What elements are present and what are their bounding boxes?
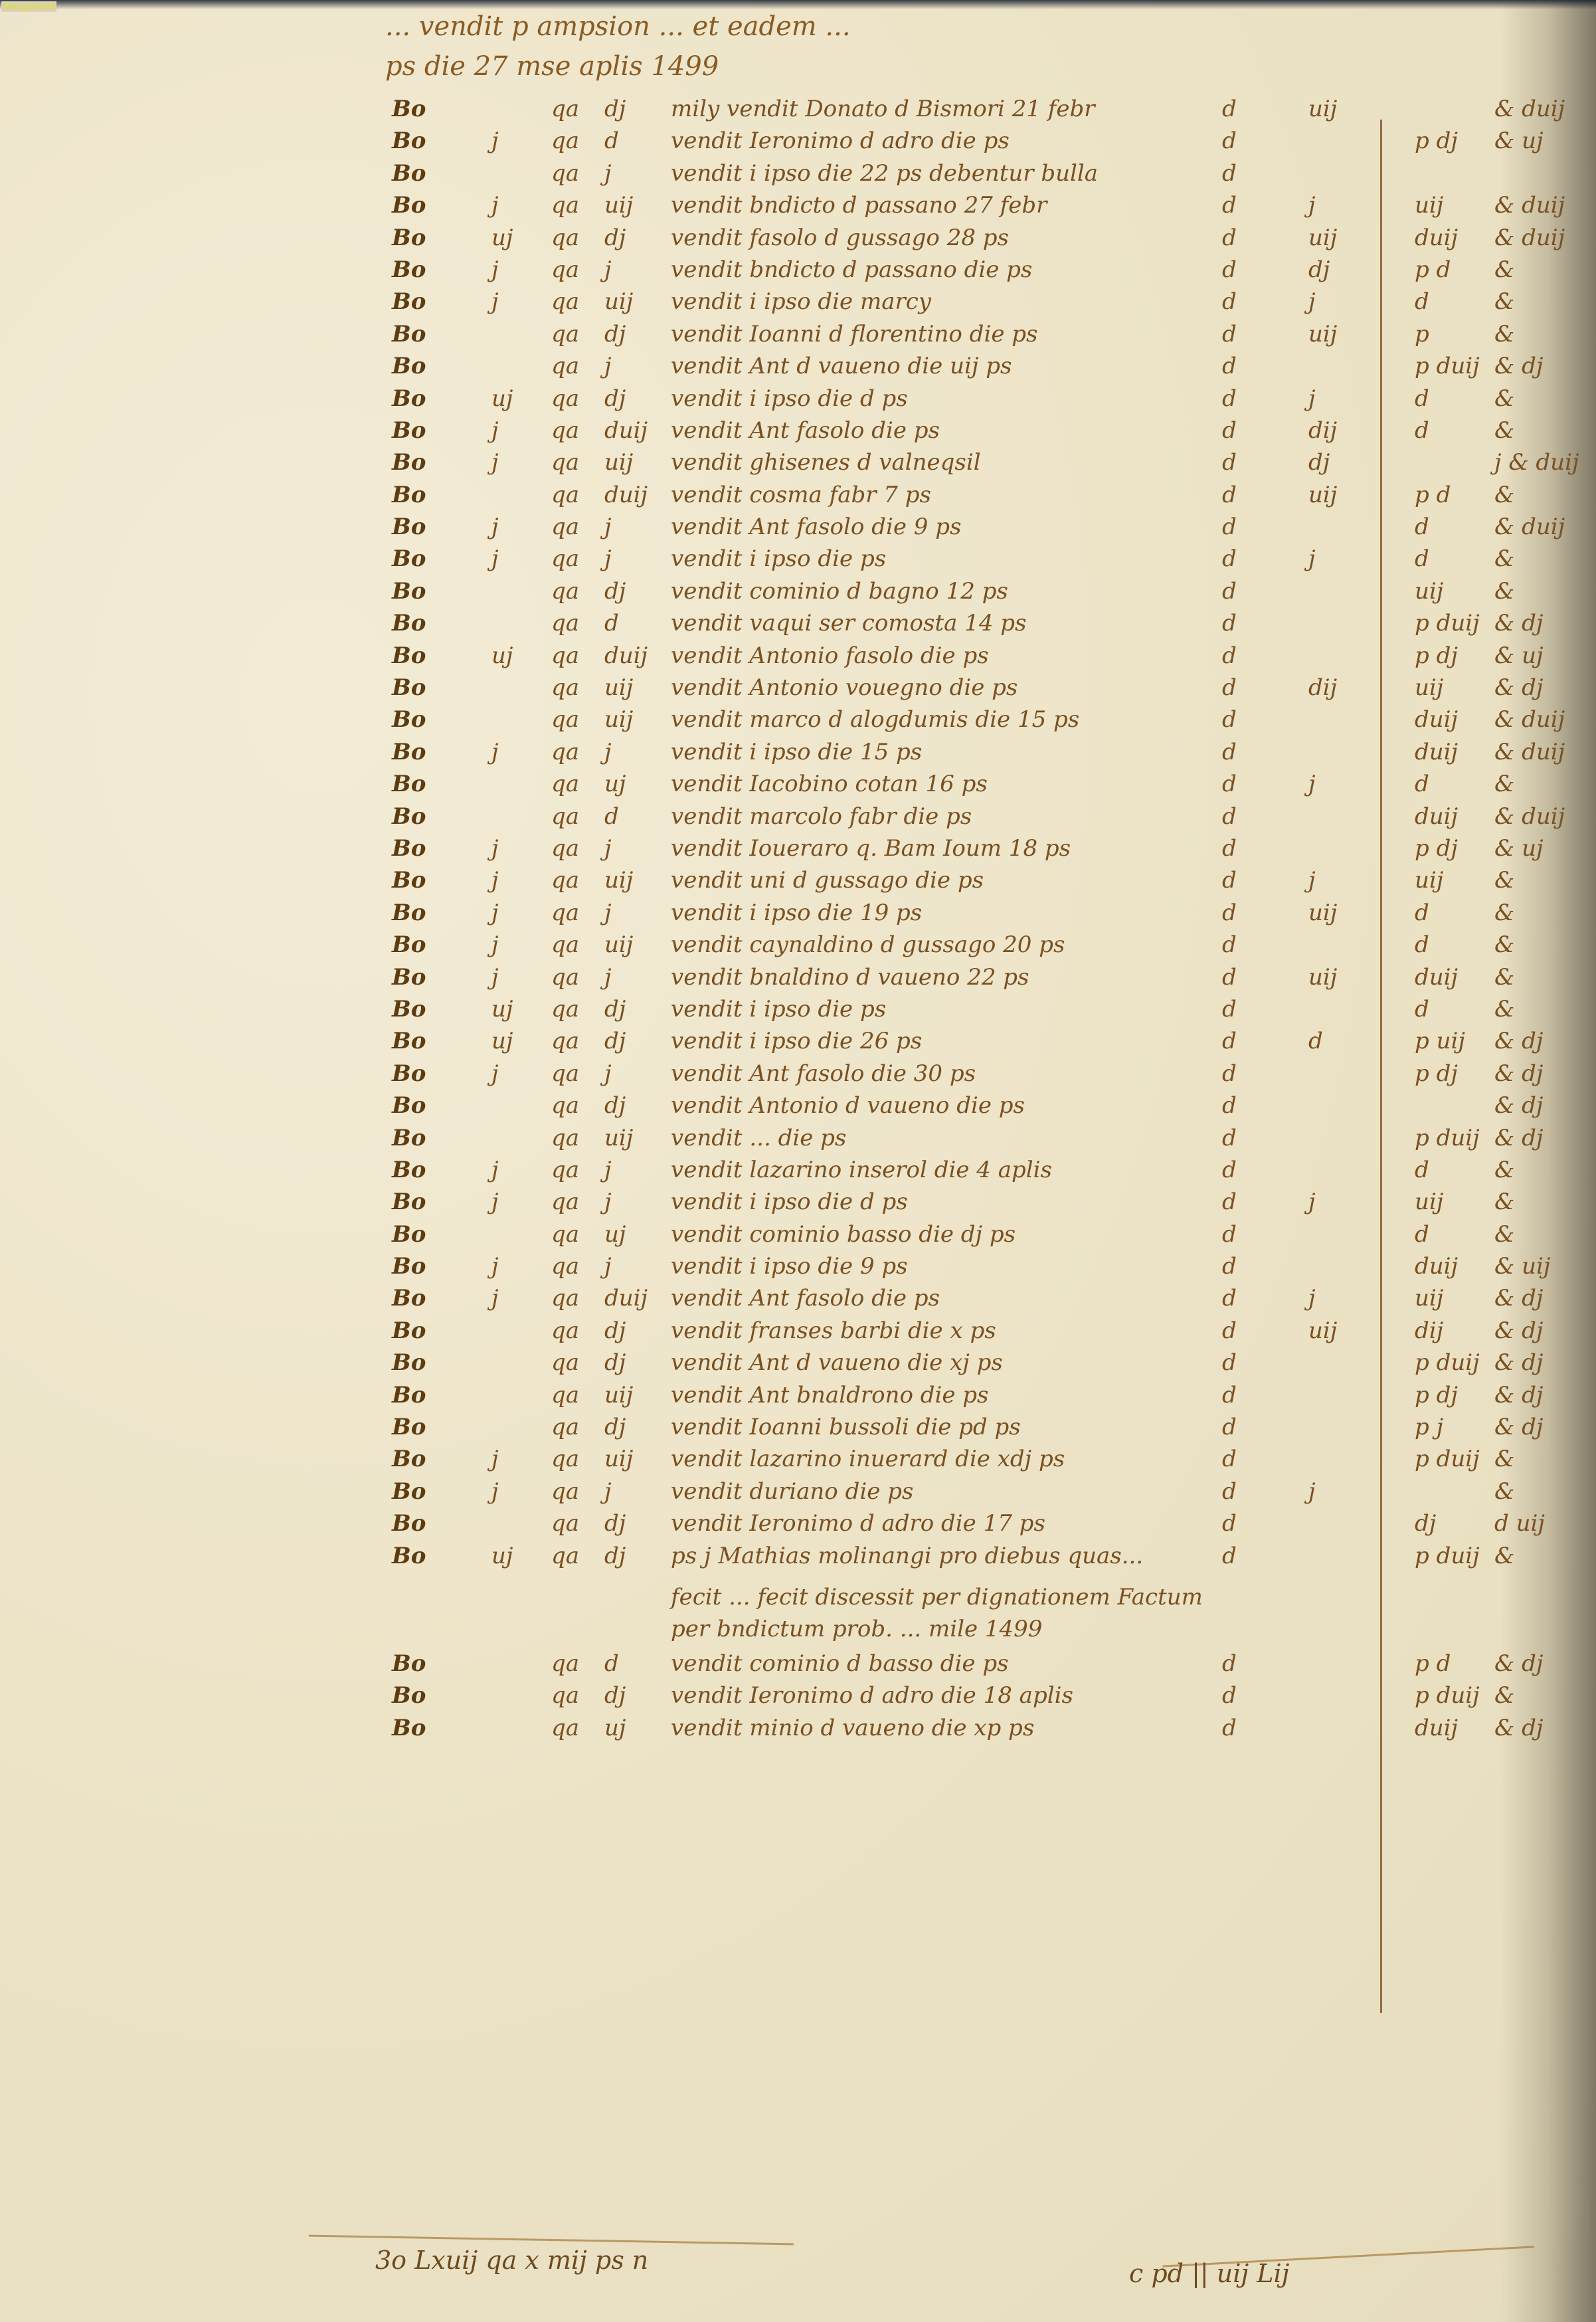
qua-abbrev: qa: [551, 835, 579, 862]
amount-col-3: &: [1494, 1682, 1514, 1709]
entry-description: vendit i ipso die 22 ps debentur bulla: [671, 160, 1596, 187]
amount-col-1: j: [1308, 1478, 1316, 1505]
row-mark: Bo: [392, 1349, 426, 1376]
count-qua: j: [604, 256, 612, 283]
ledger-row: Bojqaduijvendit Ant fasolo die psddijd&: [392, 415, 1587, 446]
amount-col-3: j & duij: [1494, 449, 1579, 476]
count-qua: uij: [604, 867, 633, 894]
count-qua: d: [604, 803, 619, 830]
check-mark: d: [1222, 1125, 1237, 1151]
count-left: j: [491, 417, 499, 444]
qua-abbrev: qa: [551, 771, 579, 797]
unregistered-watermark: Unregistered: [1, 1, 56, 12]
amount-col-2: p duij: [1415, 1543, 1480, 1569]
entry-description: vendit Antonio vouegno die ps: [671, 674, 1596, 701]
ledger-row: Boujqaduijvendit Antonio fasolo die psdp…: [392, 640, 1587, 672]
count-qua: dj: [604, 578, 626, 605]
row-mark: Bo: [392, 482, 426, 508]
row-mark: Bo: [392, 867, 426, 894]
count-qua: j: [604, 739, 612, 765]
amount-col-2: p d: [1415, 482, 1451, 508]
amount-col-3: & duij: [1494, 803, 1565, 830]
count-left: uj: [491, 996, 513, 1022]
ledger-row: Bojqauijvendit uni d gussago die psdjuij…: [392, 864, 1587, 896]
qua-abbrev: qa: [551, 1682, 579, 1709]
amount-col-3: &: [1494, 964, 1514, 991]
row-mark: Bo: [392, 803, 426, 830]
row-mark: Bo: [392, 900, 426, 926]
ledger-row: Boqaujvendit cominio basso die dj psdd&: [392, 1218, 1587, 1250]
amount-col-2: duij: [1415, 1253, 1458, 1280]
count-qua: uij: [604, 931, 633, 958]
amount-col-2: d: [1415, 996, 1429, 1022]
check-mark: d: [1222, 1028, 1237, 1054]
count-qua: uij: [604, 1446, 633, 1472]
entry-description: vendit lazarino inserol die 4 aplis: [671, 1157, 1596, 1183]
count-qua: d: [604, 1650, 619, 1677]
row-mark: Bo: [392, 353, 426, 379]
amount-col-2: p duij: [1415, 1125, 1480, 1151]
count-qua: dj: [604, 1349, 626, 1376]
check-mark: d: [1222, 1221, 1237, 1248]
count-left: j: [491, 900, 499, 926]
row-mark: Bo: [392, 256, 426, 283]
count-qua: j: [604, 835, 612, 862]
row-mark: Bo: [392, 931, 426, 958]
ledger-row: Bojqajvendit Ant fasolo die 30 psdp dj& …: [392, 1058, 1587, 1090]
footer-total-left: 3o Lxuij qa x mij ps n: [375, 2246, 648, 2275]
ledger-row: Boqauijvendit Antonio vouegno die psddij…: [392, 672, 1587, 704]
entry-description: vendit caynaldino d gussago 20 ps: [671, 931, 1596, 958]
row-mark: Bo: [392, 739, 426, 765]
amount-col-2: d: [1415, 1157, 1429, 1183]
check-mark: d: [1222, 128, 1237, 154]
count-left: uj: [491, 1028, 513, 1054]
amount-col-3: &: [1494, 1478, 1514, 1505]
count-qua: j: [604, 160, 612, 187]
check-mark: d: [1222, 385, 1237, 412]
count-left: j: [491, 964, 499, 991]
amount-col-3: &: [1494, 256, 1514, 283]
amount-col-3: &: [1494, 771, 1514, 797]
amount-col-2: p d: [1415, 256, 1451, 283]
row-mark: Bo: [392, 96, 426, 122]
qua-abbrev: qa: [551, 1446, 579, 1472]
qua-abbrev: qa: [551, 1092, 579, 1119]
qua-abbrev: qa: [551, 1125, 579, 1151]
amount-col-3: & uj: [1494, 642, 1544, 669]
footer-total-right: c pd || uij Lij: [1129, 2259, 1289, 2288]
amount-col-3: & dj: [1494, 1028, 1543, 1054]
ledger-row: Boqadjvendit Ieronimo d adro die 18 apli…: [392, 1680, 1587, 1711]
amount-col-3: d uij: [1494, 1510, 1545, 1537]
check-mark: d: [1222, 578, 1237, 605]
ledger-row: Bojqajvendit lazarino inserol die 4 apli…: [392, 1154, 1587, 1186]
count-qua: j: [604, 1478, 612, 1505]
row-mark: Bo: [392, 225, 426, 251]
ledger-row: Bojqajvendit i ipso die psdjd&: [392, 543, 1587, 575]
amount-col-3: & duij: [1494, 514, 1565, 540]
qua-abbrev: qa: [551, 1189, 579, 1215]
entry-description: vendit i ipso die ps: [671, 545, 1596, 572]
ledger-row: Boqadjvendit franses barbi die x psduijd…: [392, 1315, 1587, 1347]
qua-abbrev: qa: [551, 514, 579, 540]
entry-description: vendit Ant fasolo die ps: [671, 417, 1596, 444]
ledger-row: Bojqajvendit bndicto d passano die psddj…: [392, 254, 1587, 286]
entry-description: vendit franses barbi die x ps: [671, 1317, 1596, 1344]
count-qua: dj: [604, 1543, 626, 1569]
count-left: j: [491, 128, 499, 154]
count-left: uj: [491, 225, 513, 251]
amount-col-2: uij: [1415, 1189, 1443, 1215]
row-mark: Bo: [392, 1478, 426, 1505]
ledger-row: Bojqajvendit i ipso die 19 psduijd&: [392, 897, 1587, 929]
amount-col-3: & duij: [1494, 225, 1565, 251]
check-mark: d: [1222, 1510, 1237, 1537]
check-mark: d: [1222, 931, 1237, 958]
amount-col-3: & uj: [1494, 835, 1544, 862]
count-left: j: [491, 1157, 499, 1183]
check-mark: d: [1222, 1715, 1237, 1741]
row-mark: Bo: [392, 288, 426, 315]
qua-abbrev: qa: [551, 642, 579, 669]
count-left: j: [491, 514, 499, 540]
amount-col-2: p duij: [1415, 1349, 1480, 1376]
amount-col-2: d: [1415, 417, 1429, 444]
ledger-row: Bojqajvendit duriano die psdj&: [392, 1476, 1587, 1507]
row-mark: Bo: [392, 1414, 426, 1440]
row-mark: Bo: [392, 545, 426, 572]
check-mark: d: [1222, 642, 1237, 669]
ledger-row: Boqaujvendit minio d vaueno die xp psddu…: [392, 1712, 1587, 1744]
check-mark: d: [1222, 1650, 1237, 1677]
row-mark: Bo: [392, 578, 426, 605]
amount-col-3: &: [1494, 578, 1514, 605]
qua-abbrev: qa: [551, 321, 579, 347]
amount-col-3: & duij: [1494, 192, 1565, 219]
amount-col-2: uij: [1415, 674, 1443, 701]
check-mark: d: [1222, 1060, 1237, 1087]
count-qua: j: [604, 1157, 612, 1183]
qua-abbrev: qa: [551, 1414, 579, 1440]
ledger-row: Boqaduijvendit cosma fabr 7 psduijp d&: [392, 479, 1587, 511]
amount-col-1: dij: [1308, 417, 1337, 444]
row-mark: Bo: [392, 417, 426, 444]
row-mark: Bo: [392, 771, 426, 797]
row-mark: Bo: [392, 1510, 426, 1537]
amount-col-2: p dj: [1415, 1382, 1458, 1408]
row-mark: Bo: [392, 996, 426, 1022]
amount-col-1: uij: [1308, 321, 1337, 347]
row-mark: Bo: [392, 1317, 426, 1344]
amount-col-2: p: [1415, 321, 1429, 347]
count-left: j: [491, 867, 499, 894]
amount-col-2: p duij: [1415, 1682, 1480, 1709]
amount-col-1: j: [1308, 1189, 1316, 1215]
entry-description: vendit Ant fasolo die 9 ps: [671, 514, 1596, 540]
page-header: ... vendit p ampsion ... et eadem ... ps…: [385, 7, 1514, 86]
footer-rule-left: [309, 2235, 794, 2246]
ledger-row: Boqadjvendit Ant d vaueno die xj psdp du…: [392, 1347, 1587, 1379]
qua-abbrev: qa: [551, 578, 579, 605]
amount-col-1: uij: [1308, 964, 1337, 991]
count-left: j: [491, 1060, 499, 1087]
check-mark: d: [1222, 771, 1237, 797]
row-mark: Bo: [392, 674, 426, 701]
check-mark: d: [1222, 449, 1237, 476]
amount-col-3: & dj: [1494, 610, 1543, 636]
ledger-row: Boqadvendit marcolo fabr die psdduij& du…: [392, 801, 1587, 832]
entry-description: vendit Iacobino cotan 16 ps: [671, 771, 1596, 797]
entry-description: vendit Ioanni bussoli die pd ps: [671, 1414, 1596, 1440]
ledger-row: Boqadjvendit Ioanni d florentino die psd…: [392, 318, 1587, 350]
qua-abbrev: qa: [551, 256, 579, 283]
count-qua: d: [604, 128, 619, 154]
qua-abbrev: qa: [551, 385, 579, 412]
amount-col-3: &: [1494, 1189, 1514, 1215]
row-mark: Bo: [392, 385, 426, 412]
check-mark: d: [1222, 867, 1237, 894]
amount-col-3: & duij: [1494, 96, 1565, 122]
check-mark: d: [1222, 514, 1237, 540]
amount-col-2: d: [1415, 514, 1429, 540]
count-qua: uij: [604, 449, 633, 476]
amount-col-3: & dj: [1494, 353, 1543, 379]
count-left: j: [491, 1446, 499, 1472]
count-qua: dj: [604, 1092, 626, 1119]
count-qua: dj: [604, 96, 626, 122]
ledger-row: Boujqadjvendit i ipso die psdd&: [392, 993, 1587, 1025]
check-mark: d: [1222, 1349, 1237, 1376]
amount-col-1: j: [1308, 288, 1316, 315]
entry-description: vendit duriano die ps: [671, 1478, 1596, 1505]
count-qua: dj: [604, 1414, 626, 1440]
qua-abbrev: qa: [551, 1253, 579, 1280]
ledger-row: Bojqadvendit Ieronimo d adro die psdp dj…: [392, 125, 1587, 157]
entry-description: vendit Ant fasolo die ps: [671, 1285, 1596, 1311]
qua-abbrev: qa: [551, 610, 579, 636]
qua-abbrev: qa: [551, 288, 579, 315]
count-qua: j: [604, 545, 612, 572]
ledger-row: Bojqaduijvendit Ant fasolo die psdjuij& …: [392, 1282, 1587, 1314]
amount-col-3: & dj: [1494, 674, 1543, 701]
ledger-row: Bojqauijvendit caynaldino d gussago 20 p…: [392, 929, 1587, 961]
ledger-row: Boqadvendit vaqui ser comosta 14 psdp du…: [392, 607, 1587, 639]
amount-col-3: & uj: [1494, 128, 1544, 154]
entry-description: vendit i ipso die 19 ps: [671, 900, 1596, 926]
ledger-entries-after-note: Boqadvendit cominio d basso die psdp d& …: [392, 1648, 1587, 1744]
count-qua: duij: [604, 482, 648, 508]
qua-abbrev: qa: [551, 931, 579, 958]
ledger-row: Boqadvendit cominio d basso die psdp d& …: [392, 1648, 1587, 1680]
amount-col-3: & dj: [1494, 1349, 1543, 1376]
check-mark: d: [1222, 160, 1237, 187]
check-mark: d: [1222, 1543, 1237, 1569]
row-mark: Bo: [392, 321, 426, 347]
count-qua: j: [604, 964, 612, 991]
count-qua: dj: [604, 321, 626, 347]
amount-col-3: & dj: [1494, 1125, 1543, 1151]
amount-col-1: j: [1308, 385, 1316, 412]
qua-abbrev: qa: [551, 96, 579, 122]
count-qua: dj: [604, 1510, 626, 1537]
count-qua: uj: [604, 1715, 626, 1741]
entry-description: vendit bndicto d passano die ps: [671, 256, 1596, 283]
count-qua: j: [604, 1253, 612, 1280]
ledger-row: Boqadjvendit Antonio d vaueno die psd& d…: [392, 1090, 1587, 1121]
amount-col-3: & uij: [1494, 1253, 1550, 1280]
qua-abbrev: qa: [551, 706, 579, 733]
row-mark: Bo: [392, 1189, 426, 1215]
ledger-row: Bojqajvendit i ipso die 9 psdduij& uij: [392, 1250, 1587, 1282]
ledger-row: Bojqajvendit Ant fasolo die 9 psdd& duij: [392, 511, 1587, 543]
amount-col-1: uij: [1308, 482, 1337, 508]
count-qua: j: [604, 1060, 612, 1087]
amount-col-2: p uij: [1415, 1028, 1465, 1054]
entry-description: mily vendit Donato d Bismori 21 febr: [671, 96, 1596, 122]
amount-col-3: &: [1494, 417, 1514, 444]
ledger-row: Boqauijvendit ... die psdp duij& dj: [392, 1122, 1587, 1154]
row-mark: Bo: [392, 1060, 426, 1087]
qua-abbrev: qa: [551, 1221, 579, 1248]
check-mark: d: [1222, 288, 1237, 315]
check-mark: d: [1222, 706, 1237, 733]
amount-col-2: d: [1415, 771, 1429, 797]
check-mark: d: [1222, 900, 1237, 926]
amount-col-1: dj: [1308, 256, 1330, 283]
count-left: uj: [491, 642, 513, 669]
check-mark: d: [1222, 1317, 1237, 1344]
check-mark: d: [1222, 545, 1237, 572]
count-qua: dj: [604, 1317, 626, 1344]
check-mark: d: [1222, 482, 1237, 508]
count-qua: duij: [604, 417, 648, 444]
row-mark: Bo: [392, 1157, 426, 1183]
amount-col-2: p dj: [1415, 128, 1458, 154]
amount-col-3: & dj: [1494, 1060, 1543, 1087]
row-mark: Bo: [392, 1543, 426, 1569]
ledger-row: Boqadjvendit cominio d bagno 12 psduij&: [392, 575, 1587, 607]
row-mark: Bo: [392, 514, 426, 540]
check-mark: d: [1222, 417, 1237, 444]
ledger-row: Boqadjvendit Ioanni bussoli die pd psdp …: [392, 1411, 1587, 1443]
amount-col-2: duij: [1415, 1715, 1458, 1741]
ledger-row: Bojqajvendit i ipso die 15 psdduij& duij: [392, 736, 1587, 768]
amount-col-3: & duij: [1494, 739, 1565, 765]
amount-col-2: duij: [1415, 225, 1458, 251]
amount-col-2: d: [1415, 900, 1429, 926]
qua-abbrev: qa: [551, 674, 579, 701]
amount-col-3: &: [1494, 321, 1514, 347]
amount-col-2: d: [1415, 545, 1429, 572]
entry-description: vendit ghisenes d valneqsil: [671, 449, 1596, 476]
count-qua: uij: [604, 1382, 633, 1408]
row-mark: Bo: [392, 160, 426, 187]
qua-abbrev: qa: [551, 739, 579, 765]
count-qua: dj: [604, 225, 626, 251]
qua-abbrev: qa: [551, 1317, 579, 1344]
check-mark: d: [1222, 674, 1237, 701]
qua-abbrev: qa: [551, 996, 579, 1022]
amount-col-2: p dj: [1415, 642, 1458, 669]
check-mark: d: [1222, 1253, 1237, 1280]
qua-abbrev: qa: [551, 1157, 579, 1183]
qua-abbrev: qa: [551, 1349, 579, 1376]
header-line-1: ... vendit p ampsion ... et eadem ...: [385, 7, 1514, 47]
entry-description: vendit i ipso die marcy: [671, 288, 1596, 315]
qua-abbrev: qa: [551, 353, 579, 379]
row-mark: Bo: [392, 128, 426, 154]
ledger-row: Bojqauijvendit bndicto d passano 27 febr…: [392, 189, 1587, 221]
qua-abbrev: qa: [551, 545, 579, 572]
amount-col-2: d: [1415, 385, 1429, 412]
count-left: uj: [491, 1543, 513, 1569]
check-mark: d: [1222, 1382, 1237, 1408]
row-mark: Bo: [392, 610, 426, 636]
row-mark: Bo: [392, 192, 426, 219]
row-mark: Bo: [392, 1382, 426, 1408]
check-mark: d: [1222, 610, 1237, 636]
ledger-row: Boqauijvendit Ant bnaldrono die psdp dj&…: [392, 1379, 1587, 1411]
ledger-row: Boqauijvendit marco d alogdumis die 15 p…: [392, 704, 1587, 735]
check-mark: d: [1222, 192, 1237, 219]
amount-col-2: duij: [1415, 739, 1458, 765]
check-mark: d: [1222, 964, 1237, 991]
ledger-row: Bojqauijvendit i ipso die marcydjd&: [392, 286, 1587, 318]
amount-col-2: p j: [1415, 1414, 1443, 1440]
count-left: j: [491, 256, 499, 283]
count-qua: dj: [604, 1682, 626, 1709]
row-mark: Bo: [392, 1715, 426, 1741]
check-mark: d: [1222, 803, 1237, 830]
ledger-row: Bojqajvendit bnaldino d vaueno 22 psduij…: [392, 961, 1587, 993]
check-mark: d: [1222, 1157, 1237, 1183]
count-qua: uij: [604, 1125, 633, 1151]
qua-abbrev: qa: [551, 803, 579, 830]
entry-description: vendit cosma fabr 7 ps: [671, 482, 1596, 508]
qua-abbrev: qa: [551, 128, 579, 154]
amount-col-2: duij: [1415, 706, 1458, 733]
amount-col-2: d: [1415, 1221, 1429, 1248]
count-qua: uij: [604, 674, 633, 701]
qua-abbrev: qa: [551, 900, 579, 926]
note-line: fecit ... fecit discessit per dignatione…: [671, 1581, 1335, 1613]
count-left: j: [491, 288, 499, 315]
ledger-row: Boqaujvendit Iacobino cotan 16 psdjd&: [392, 768, 1587, 800]
check-mark: d: [1222, 1682, 1237, 1709]
row-mark: Bo: [392, 1285, 426, 1311]
count-qua: uj: [604, 1221, 626, 1248]
amount-col-3: & dj: [1494, 1715, 1543, 1741]
qua-abbrev: qa: [551, 1478, 579, 1505]
count-qua: uij: [604, 706, 633, 733]
amount-col-1: j: [1308, 545, 1316, 572]
amount-col-3: &: [1494, 900, 1514, 926]
amount-col-3: &: [1494, 1446, 1514, 1472]
amount-col-3: & dj: [1494, 1414, 1543, 1440]
qua-abbrev: qa: [551, 1060, 579, 1087]
amount-col-1: uij: [1308, 225, 1337, 251]
amount-col-3: &: [1494, 1157, 1514, 1183]
amount-col-2: uij: [1415, 867, 1443, 894]
qua-abbrev: qa: [551, 1285, 579, 1311]
qua-abbrev: qa: [551, 867, 579, 894]
amount-col-3: &: [1494, 1221, 1514, 1248]
check-mark: d: [1222, 96, 1237, 122]
ledger-row: Bojqauijvendit lazarino inuerard die xdj…: [392, 1443, 1587, 1475]
amount-col-2: p duij: [1415, 353, 1480, 379]
count-left: j: [491, 545, 499, 572]
